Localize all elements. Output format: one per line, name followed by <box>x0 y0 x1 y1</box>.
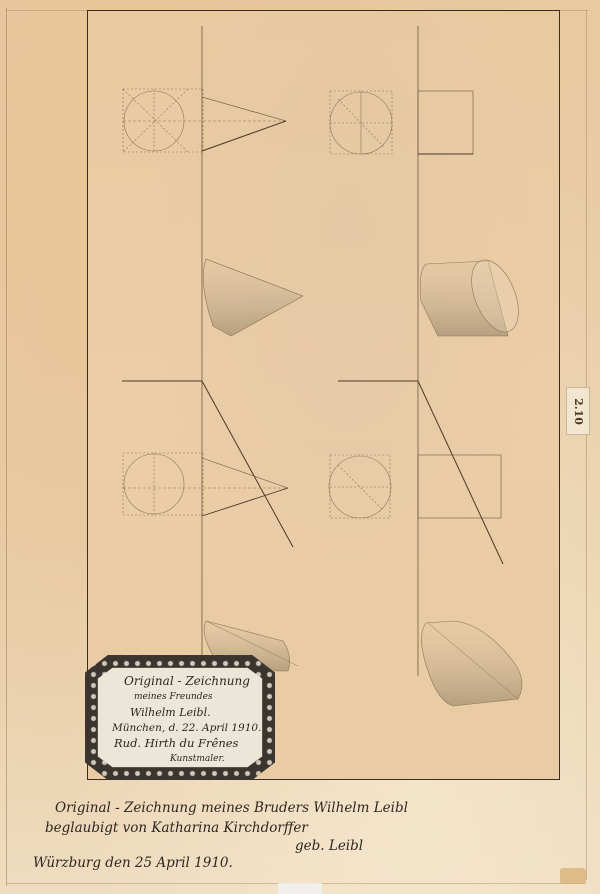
inscription-line: beglaubigt von Katharina Kirchdorffer <box>45 820 308 836</box>
cylinder-shaded-1 <box>420 253 528 338</box>
label-line: Original - Zeichnung <box>112 674 254 690</box>
label-line: Kunstmaler. <box>112 752 254 768</box>
cylinder-shaded-2 <box>421 621 522 706</box>
label-line: meines Freundes <box>112 690 254 706</box>
tape-strip <box>278 883 322 894</box>
cone-plan-top-left <box>123 89 288 152</box>
mount-edge <box>6 8 7 886</box>
mount-edge <box>586 10 587 880</box>
cylinder-plan-cut <box>329 455 501 518</box>
label-line: Rud. Hirth du Frênes <box>112 736 254 752</box>
inventory-number: 2.10 <box>572 398 585 425</box>
corner-stain <box>560 868 586 884</box>
inscription-line: Original - Zeichnung meines Bruders Wilh… <box>55 800 408 816</box>
label-line: Wilhelm Leibl. <box>112 705 254 721</box>
inscription-line: Würzburg den 25 April 1910. <box>33 855 233 871</box>
cone-shaded-1 <box>203 259 303 336</box>
label-paper: Original - Zeichnung meines Freundes Wil… <box>97 667 263 768</box>
cylinder-plan-top-right <box>330 91 473 154</box>
label-line: München, d. 22. April 1910. <box>112 721 254 737</box>
cone-plan-cut <box>123 453 288 516</box>
inscription-line: geb. Leibl <box>295 838 363 854</box>
provenance-label: Original - Zeichnung meines Freundes Wil… <box>85 655 275 780</box>
inventory-tag: 2.10 <box>566 387 590 435</box>
